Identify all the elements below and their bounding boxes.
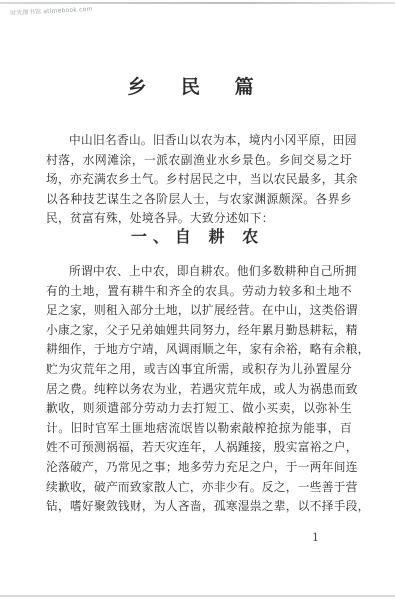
text-line: 歉收，则须遣部分劳动力去打短工、做小买卖，以弥补生 [46,399,352,419]
watermark: 时光图书馆 atimebook.com [10,4,93,17]
text-line: 以各种技艺谋生之各阶层人士，与农家渊源颇深。各界乡 [46,190,352,210]
section-paragraph: 所谓中农、上中农，即自耕农。他们多数耕种自己所拥 有的土地，置有耕牛和齐全的农具… [46,262,352,517]
text-line: 钻，嗜好聚敛钱财，为人吝啬，孤寒湿祟之辈，以不择手段， [46,497,352,517]
text-line: 所谓中农、上中农，即自耕农。他们多数耕种自己所拥 [46,262,352,282]
text-line: 计。旧时官军土匪地痞流氓皆以勒索敲榨抢掠为能事，百 [46,419,352,439]
text-line: 足之家，则租入部分土地，以扩展经营。在中山，这类俗谓 [46,301,352,321]
page-number: 1 [312,531,319,544]
text-line: 有的土地，置有耕牛和齐全的农具。劳动力较多和土地不 [46,282,352,302]
text-line: 小康之家，父子兄弟妯娌共同努力，经年累月勤恳耕耘，精 [46,321,352,341]
text-line: 续歉收，破产而致家散人亡，亦非少有。反之，一些善于营 [46,478,352,498]
chapter-title: 乡 民 篇 [0,72,395,99]
section-heading: 一、自 耕 农 [0,224,395,247]
text-line: 村落，水网滩涂，一派农副渔业水乡景色。乡间交易之圩 [46,151,352,171]
text-line: 贮为灾荒年之用，或吉凶事宜所需，或积存为儿孙置屋分 [46,360,352,380]
text-line: 中山旧名香山。旧香山以农为本，境内小冈平原，田园 [46,131,352,151]
text-line: 姓不可预测祸福，若天灾连年，人祸踵接，殷实富裕之户， [46,438,352,458]
text-line: 耕细作，于地方宁靖，风调雨顺之年，家有余裕，略有余粮， [46,340,352,360]
text-line: 沦落破产，乃常见之事；地多劳力充足之户，于一两年间连 [46,458,352,478]
scan-top-edge [0,2,395,4]
intro-paragraph: 中山旧名香山。旧香山以农为本，境内小冈平原，田园 村落，水网滩涂，一派农副渔业水… [46,131,352,229]
scan-bottom-edge [0,595,395,597]
text-line: 居之费。纯粹以务农为业，若遇灾荒年成，或人为祸患而致 [46,380,352,400]
text-line: 场，亦充满农乡土气。乡村居民之中，当以农民最多，其余 [46,170,352,190]
